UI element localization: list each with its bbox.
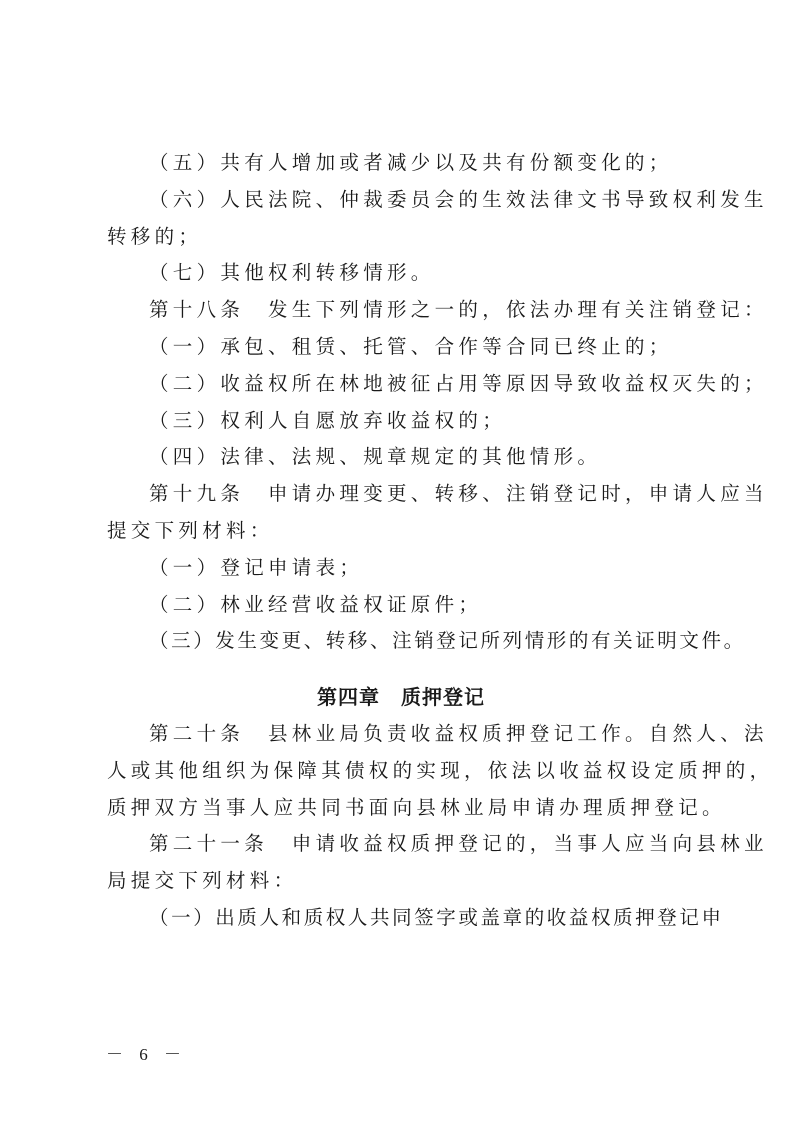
paragraph-line: （二）收益权所在林地被征占用等原因导致收益权灭失的； [107, 366, 695, 403]
paragraph-line: （二）林业经营收益权证原件； [107, 587, 695, 624]
paragraph-line: （三）权利人自愿放弃收益权的； [107, 403, 695, 440]
document-page: （五）共有人增加或者减少以及共有份额变化的； （六）人民法院、仲裁委员会的生效法… [107, 145, 695, 937]
paragraph-line: 转移的； [107, 219, 695, 256]
page-number: － 6 － [106, 1040, 187, 1065]
paragraph-line: 人或其他组织为保障其债权的实现，依法以收益权设定质押的， [107, 753, 695, 790]
paragraph-line: （一）出质人和质权人共同签字或盖章的收益权质押登记申 [107, 900, 695, 937]
article-20-line: 第二十条 县林业局负责收益权质押登记工作。自然人、法 [107, 716, 695, 753]
paragraph-line: （七）其他权利转移情形。 [107, 255, 695, 292]
paragraph-line: 质押双方当事人应共同书面向县林业局申请办理质押登记。 [107, 790, 695, 827]
paragraph-line: 提交下列材料： [107, 513, 695, 550]
chapter-heading: 第四章 质押登记 [107, 679, 695, 716]
paragraph-line: （三）发生变更、转移、注销登记所列情形的有关证明文件。 [107, 623, 695, 660]
paragraph-line: 局提交下列材料： [107, 863, 695, 900]
paragraph-line: （四）法律、法规、规章规定的其他情形。 [107, 439, 695, 476]
paragraph-line: （六）人民法院、仲裁委员会的生效法律文书导致权利发生 [107, 182, 695, 219]
article-18-line: 第十八条 发生下列情形之一的，依法办理有关注销登记： [107, 292, 695, 329]
paragraph-line: （一）承包、租赁、托管、合作等合同已终止的； [107, 329, 695, 366]
paragraph-line: （一）登记申请表； [107, 550, 695, 587]
paragraph-line: （五）共有人增加或者减少以及共有份额变化的； [107, 145, 695, 182]
article-21-line: 第二十一条 申请收益权质押登记的，当事人应当向县林业 [107, 826, 695, 863]
article-19-line: 第十九条 申请办理变更、转移、注销登记时，申请人应当 [107, 476, 695, 513]
